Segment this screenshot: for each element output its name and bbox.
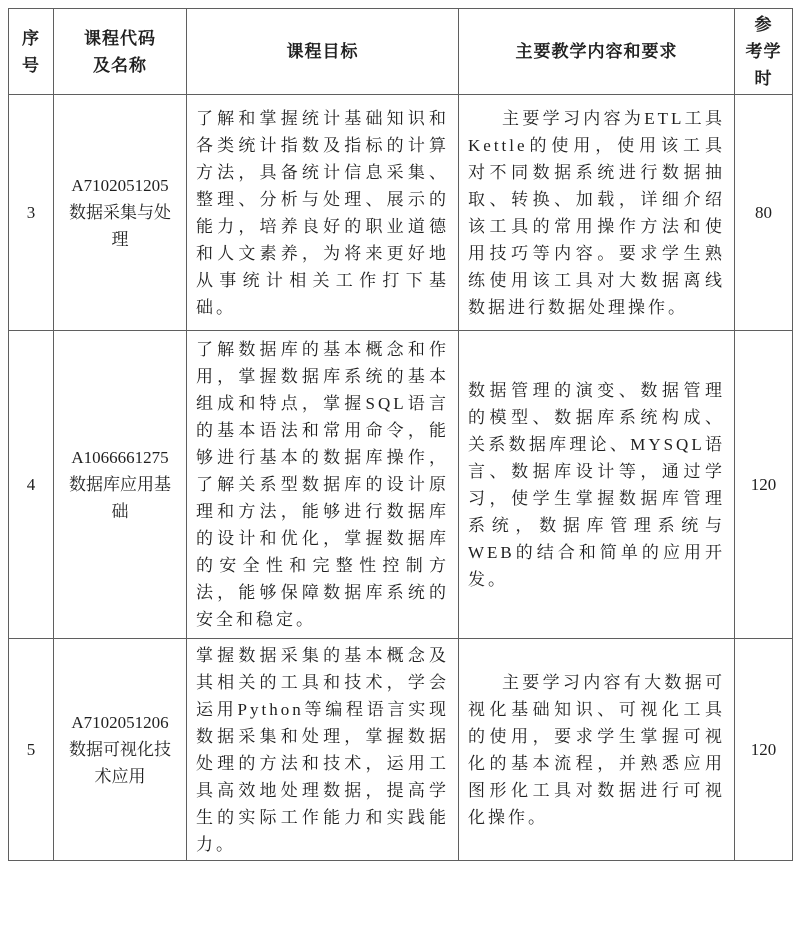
table-row: 4 A1066661275 数据库应用基础 了解数据库的基本概念和作用，掌握数据…: [9, 331, 793, 639]
objective-text: 了解数据库的基本概念和作用，掌握数据库系统的基本组成和特点，掌握SQL语言的基本…: [196, 336, 449, 633]
objective-text: 了解和掌握统计基础知识和各类统计指数及指标的计算方法，具备统计信息采集、整理、分…: [196, 105, 449, 321]
course-name: 数据采集与处理: [61, 199, 179, 253]
header-row: 序 号 课程代码 及名称 课程目标 主要教学内容和要求 参 考学 时: [9, 9, 793, 95]
course-code: A7102051206: [61, 709, 179, 736]
content-text: 主要学习内容有大数据可视化基础知识、可视化工具的使用，要求学生掌握可视化的基本流…: [468, 669, 725, 831]
cell-objective: 了解数据库的基本概念和作用，掌握数据库系统的基本组成和特点，掌握SQL语言的基本…: [187, 331, 459, 639]
header-hours: 参 考学 时: [735, 9, 793, 95]
header-objective: 课程目标: [187, 9, 459, 95]
cell-hours: 80: [735, 95, 793, 331]
cell-objective: 了解和掌握统计基础知识和各类统计指数及指标的计算方法，具备统计信息采集、整理、分…: [187, 95, 459, 331]
table-row: 3 A7102051205 数据采集与处理 了解和掌握统计基础知识和各类统计指数…: [9, 95, 793, 331]
cell-course: A7102051206 数据可视化技术应用: [54, 639, 187, 861]
cell-objective: 掌握数据采集的基本概念及其相关的工具和技术，学会运用Python等编程语言实现数…: [187, 639, 459, 861]
content-text: 主要学习内容为ETL工具Kettle的使用，使用该工具对不同数据系统进行数据抽取…: [468, 105, 725, 321]
table-header: 序 号 课程代码 及名称 课程目标 主要教学内容和要求 参 考学 时: [9, 9, 793, 95]
document-page: 序 号 课程代码 及名称 课程目标 主要教学内容和要求 参 考学 时 3 A71…: [0, 0, 800, 936]
course-name: 数据可视化技术应用: [61, 736, 179, 790]
header-seq: 序 号: [9, 9, 54, 95]
cell-content: 主要学习内容有大数据可视化基础知识、可视化工具的使用，要求学生掌握可视化的基本流…: [459, 639, 735, 861]
course-table: 序 号 课程代码 及名称 课程目标 主要教学内容和要求 参 考学 时 3 A71…: [8, 8, 793, 861]
header-course-code-name: 课程代码 及名称: [54, 9, 187, 95]
table-row: 5 A7102051206 数据可视化技术应用 掌握数据采集的基本概念及其相关的…: [9, 639, 793, 861]
cell-hours: 120: [735, 331, 793, 639]
content-text: 数据管理的演变、数据管理的模型、数据库系统构成、关系数据库理论、MYSQL语言、…: [468, 377, 725, 593]
cell-course: A7102051205 数据采集与处理: [54, 95, 187, 331]
cell-seq: 3: [9, 95, 54, 331]
cell-hours: 120: [735, 639, 793, 861]
cell-course: A1066661275 数据库应用基础: [54, 331, 187, 639]
cell-content: 数据管理的演变、数据管理的模型、数据库系统构成、关系数据库理论、MYSQL语言、…: [459, 331, 735, 639]
cell-seq: 5: [9, 639, 54, 861]
course-name: 数据库应用基础: [61, 471, 179, 525]
header-content: 主要教学内容和要求: [459, 9, 735, 95]
cell-seq: 4: [9, 331, 54, 639]
cell-content: 主要学习内容为ETL工具Kettle的使用，使用该工具对不同数据系统进行数据抽取…: [459, 95, 735, 331]
course-code: A7102051205: [61, 172, 179, 199]
course-code: A1066661275: [61, 444, 179, 471]
table-body: 3 A7102051205 数据采集与处理 了解和掌握统计基础知识和各类统计指数…: [9, 95, 793, 861]
objective-text: 掌握数据采集的基本概念及其相关的工具和技术，学会运用Python等编程语言实现数…: [196, 642, 449, 858]
